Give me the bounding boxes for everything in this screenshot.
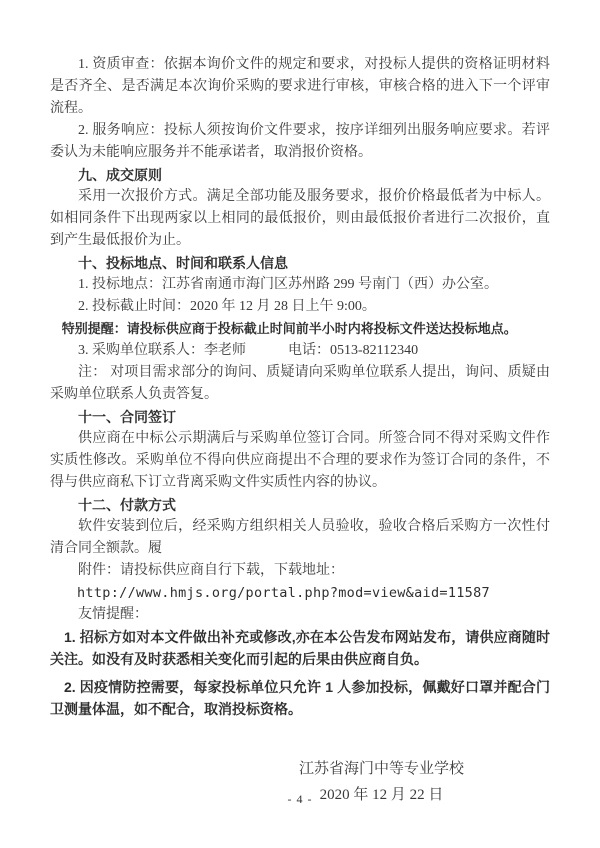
para-contract-signing: 供应商在中标公示期满后与采购单位签订合同。所签合同不得对采购文件作实质性修改。采…	[50, 428, 550, 494]
section-heading-12-payment-method: 十二、付款方式	[50, 494, 550, 516]
reminder-item-supplement-changes: 1. 招标方如对本文件做出补充或修改,亦在本公告发布网站发布，请供应商随时关注。…	[50, 626, 550, 670]
attachment-download-label: 附件：请投标供应商自行下载，下载地址：	[50, 560, 550, 582]
reminder-item-epidemic-control: 2. 因疫情防控需要，每家投标单位只允许 1 人参加投标，佩戴好口罩并配合门卫测…	[50, 676, 550, 720]
document-page: 1. 资质审查：依据本询价文件的规定和要求，对投标人提供的资格证明材料是否齐全、…	[0, 0, 600, 848]
para-qualification-review: 1. 资质审查：依据本询价文件的规定和要求，对投标人提供的资格证明材料是否齐全、…	[50, 54, 550, 120]
section-heading-9-award-principle: 九、成交原则	[50, 164, 550, 186]
signature-organization: 江苏省海门中等专业学校	[299, 756, 464, 782]
download-url-text: http://www.hmjs.org/portal.php?mod=view&…	[50, 582, 550, 604]
para-bid-deadline: 2. 投标截止时间：2020 年 12 月 28 日上午 9:00。	[50, 296, 550, 318]
para-bid-location: 1. 投标地点：江苏省南通市海门区苏州路 299 号南门（西）办公室。	[50, 274, 550, 296]
special-reminder-note: 特别提醒：请投标供应商于投标截止时间前半小时内将投标文件送达投标地点。	[50, 318, 550, 340]
section-heading-11-contract-signing: 十一、合同签订	[50, 406, 550, 428]
friendly-reminder-label: 友情提醒：	[50, 604, 550, 626]
para-inquiry-note: 注： 对项目需求部分的询问、质疑请向采购单位联系人提出，询问、质疑由采购单位联系…	[50, 362, 550, 406]
para-contact-person: 3. 采购单位联系人：李老师 电话：0513-82112340	[50, 340, 550, 362]
section-heading-10-bid-location: 十、投标地点、时间和联系人信息	[50, 252, 550, 274]
document-body: 1. 资质审查：依据本询价文件的规定和要求，对投标人提供的资格证明材料是否齐全、…	[50, 54, 550, 808]
page-number: - 4 -	[0, 792, 600, 807]
para-payment-method: 软件安装到位后，经采购方组织相关人员验收，验收合格后采购方一次性付清合同全额款。…	[50, 516, 550, 560]
para-service-response: 2. 服务响应：投标人须按询价文件要求，按序详细列出服务响应要求。若评委认为未能…	[50, 120, 550, 164]
para-award-principle: 采用一次报价方式。满足全部功能及服务要求，报价价格最低者为中标人。如相同条件下出…	[50, 186, 550, 252]
